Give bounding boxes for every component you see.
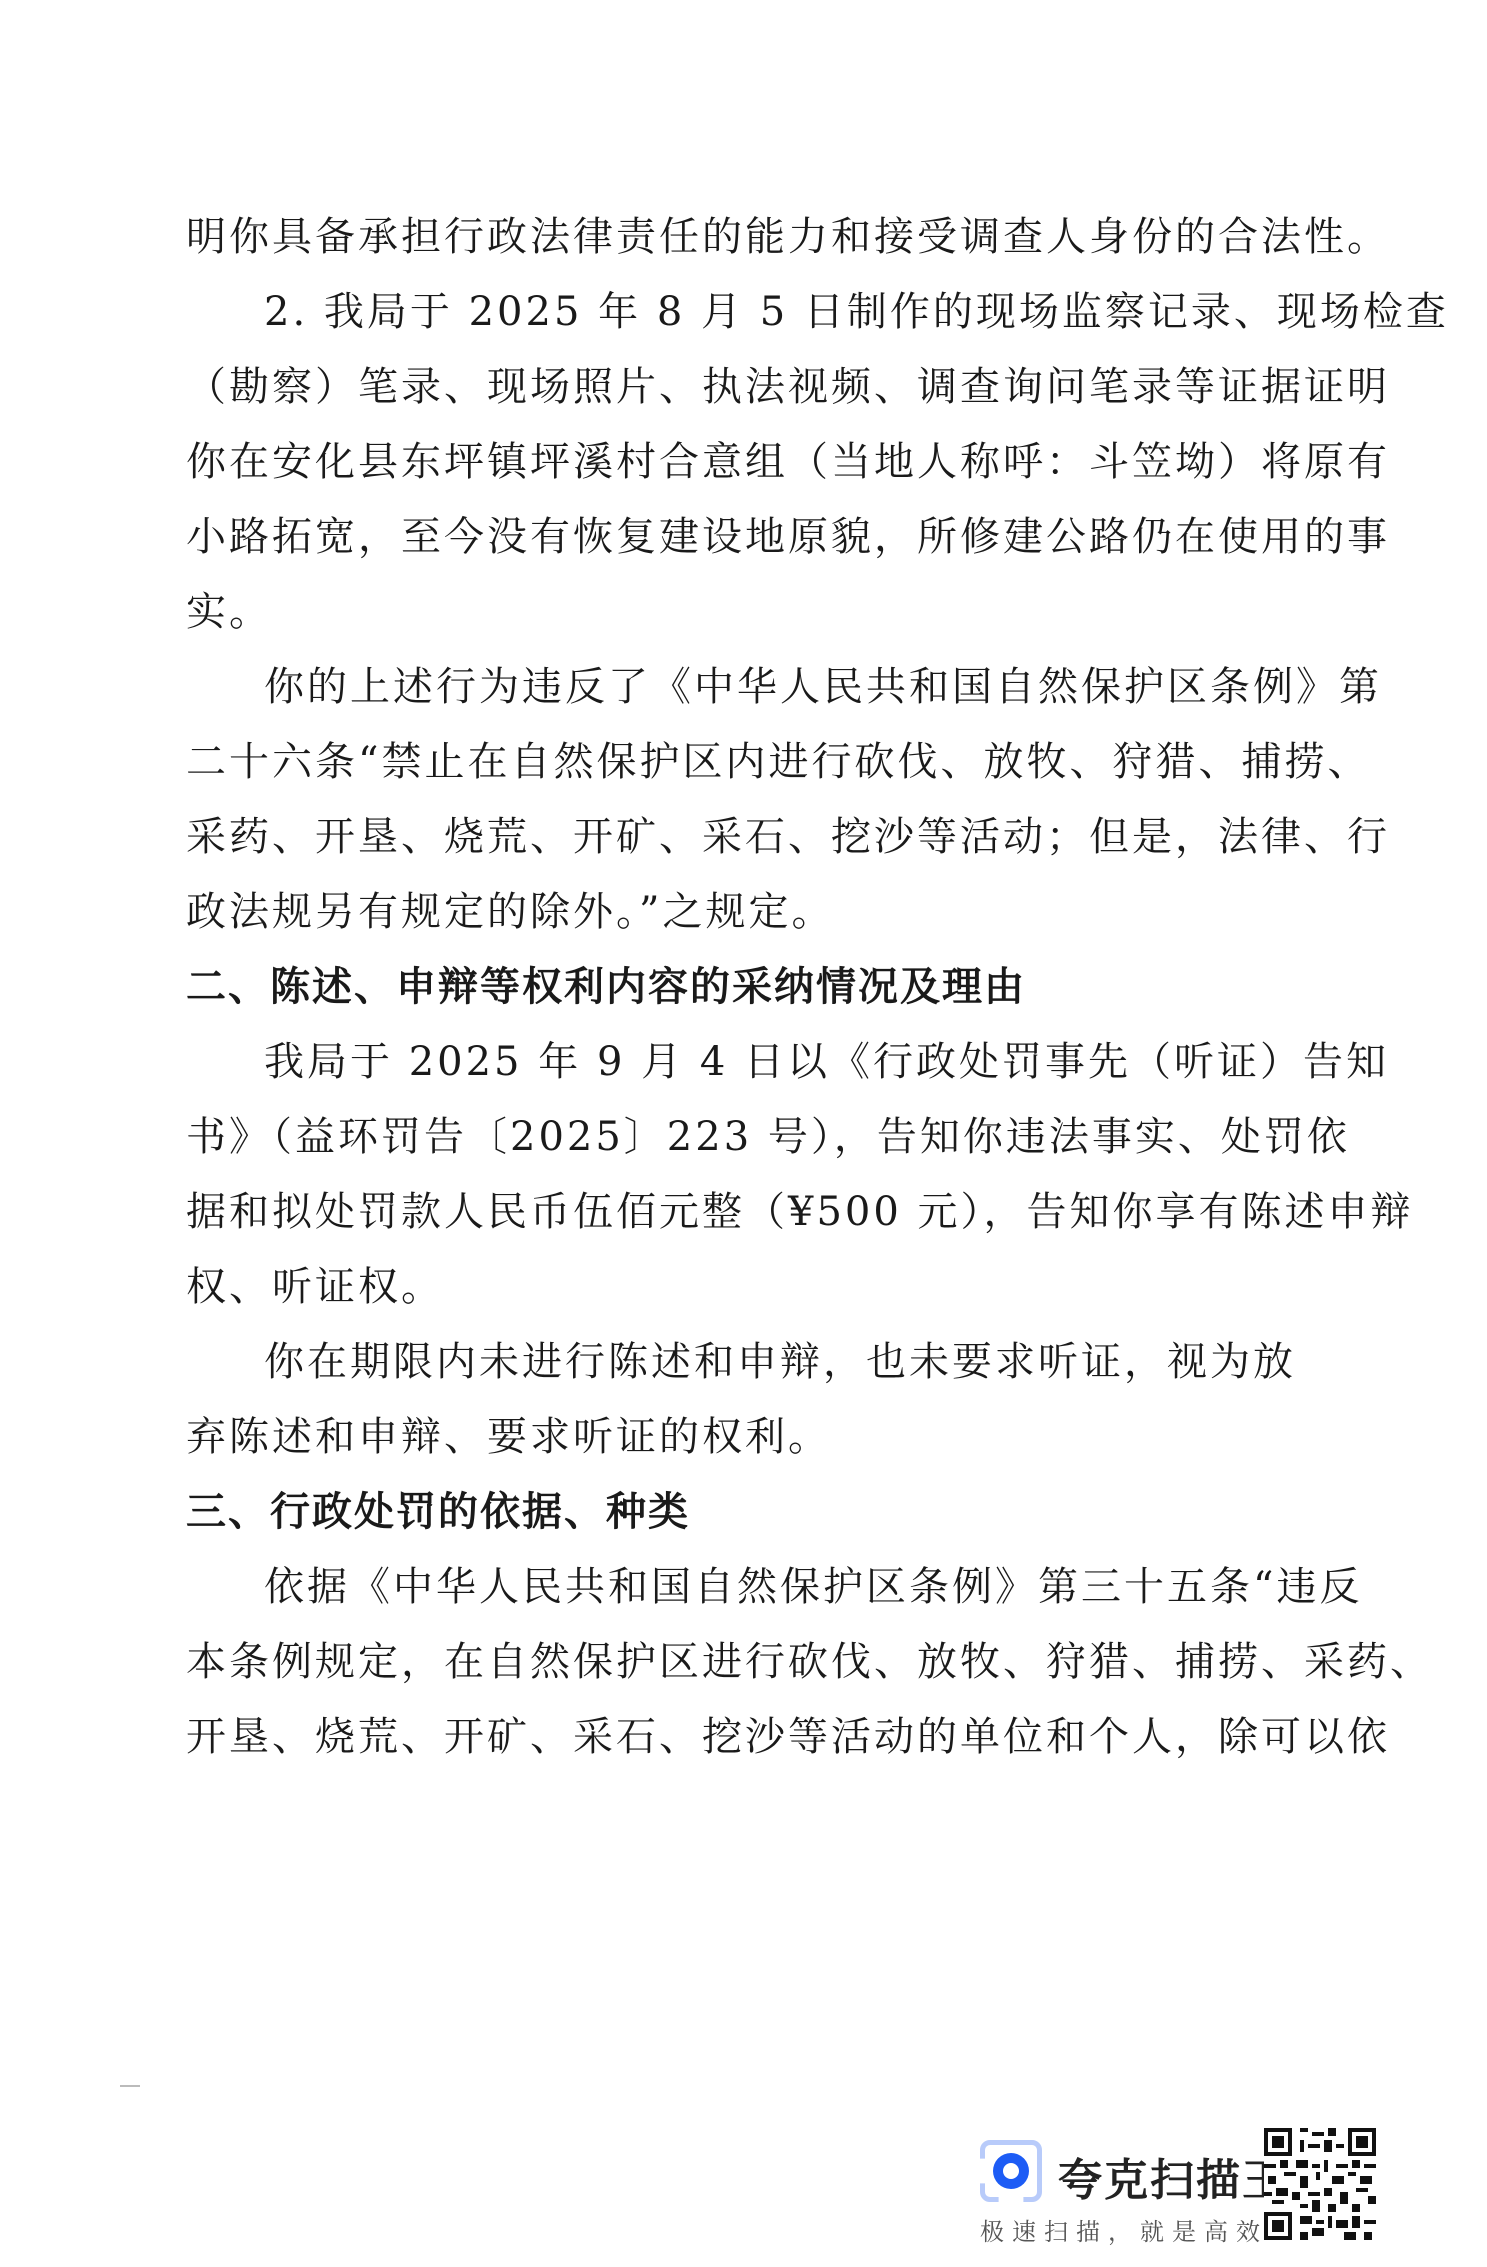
body-line: 书》（益环罚告〔2025〕223 号），告知你违法事实、处罚依 <box>186 1112 1316 1162</box>
body-line: 采药、开垦、烧荒、开矿、采石、挖沙等活动；但是，法律、行 <box>186 812 1316 862</box>
body-line: 开垦、烧荒、开矿、采石、挖沙等活动的单位和个人，除可以依 <box>186 1712 1316 1762</box>
body-line: （勘察）笔录、现场照片、执法视频、调查询问笔录等证据证明 <box>186 362 1316 412</box>
qr-code-icon <box>1264 2128 1376 2240</box>
body-line: 弃陈述和申辩、要求听证的权利。 <box>186 1412 1316 1462</box>
body-line: 小路拓宽，至今没有恢复建设地原貌，所修建公路仍在使用的事 <box>186 512 1316 562</box>
body-line: 我局于 2025 年 9 月 4 日以《行政处罚事先（听证）告知 <box>264 1037 1394 1087</box>
body-line: 政法规另有规定的除外。”之规定。 <box>186 887 1316 937</box>
section-heading-3: 三、行政处罚的依据、种类 <box>186 1487 1316 1537</box>
body-line: 依据《中华人民共和国自然保护区条例》第三十五条“违反 <box>264 1562 1394 1612</box>
body-line: 实。 <box>186 587 1316 637</box>
watermark-app-name: 夸克扫描王 <box>1058 2144 1288 2208</box>
body-line: 你的上述行为违反了《中华人民共和国自然保护区条例》第 <box>264 662 1394 712</box>
quark-scanner-logo-icon <box>980 2140 1042 2202</box>
watermark-slogan: 极速扫描，就是高效 <box>980 2212 1268 2247</box>
body-line: 权、听证权。 <box>186 1262 1316 1312</box>
body-line: 二十六条“禁止在自然保护区内进行砍伐、放牧、狩猎、捕捞、 <box>186 737 1316 787</box>
body-line: 本条例规定，在自然保护区进行砍伐、放牧、狩猎、捕捞、采药、 <box>186 1637 1316 1687</box>
section-heading-2: 二、陈述、申辩等权利内容的采纳情况及理由 <box>186 962 1316 1012</box>
body-line: 你在安化县东坪镇坪溪村合意组（当地人称呼：斗笠坳）将原有 <box>186 437 1316 487</box>
body-line: 明你具备承担行政法律责任的能力和接受调查人身份的合法性。 <box>186 212 1316 262</box>
body-line: 据和拟处罚款人民币伍佰元整（¥500 元），告知你享有陈述申辩 <box>186 1187 1316 1237</box>
document-page: 明你具备承担行政法律责任的能力和接受调查人身份的合法性。 2. 我局于 2025… <box>0 0 1487 2267</box>
scan-artifact <box>120 2085 140 2087</box>
body-line: 你在期限内未进行陈述和申辩，也未要求听证，视为放 <box>264 1337 1394 1387</box>
body-line: 2. 我局于 2025 年 8 月 5 日制作的现场监察记录、现场检查 <box>264 287 1394 337</box>
